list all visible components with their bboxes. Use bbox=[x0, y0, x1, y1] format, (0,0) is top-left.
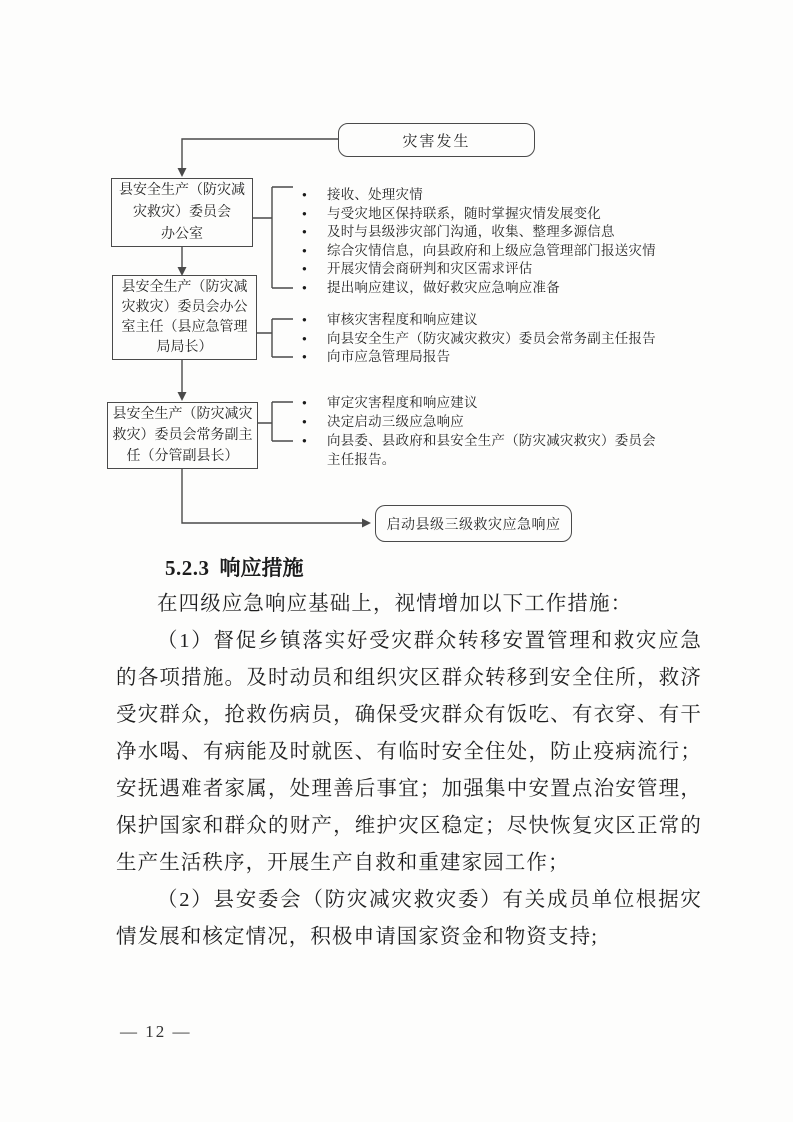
document-page: 灾害发生 县安全生产（防灾减 灾救灾）委员会 办公室 县安全生产（防灾减 灾救灾… bbox=[0, 0, 793, 1122]
list-item: ●及时与县级涉灾部门沟通，收集、整理多源信息 bbox=[296, 223, 688, 242]
bracket-group-1 bbox=[253, 187, 293, 288]
page-number: — 12 — bbox=[120, 1022, 192, 1042]
connector-deputy-to-end bbox=[182, 467, 362, 523]
bullet-dot-icon: ● bbox=[302, 330, 327, 349]
bullet-dot-icon: ● bbox=[302, 242, 327, 261]
bullet-text: 开展灾情会商研判和灾区需求评估 bbox=[327, 260, 688, 279]
bullet-text: 审核灾害程度和响应建议 bbox=[327, 311, 688, 330]
bullet-group-office-duties: ●接收、处理灾情 ●与受灾地区保持联系，随时掌握灾情发展变化 ●及时与县级涉灾部… bbox=[296, 186, 688, 297]
bullet-dot-icon: ● bbox=[302, 205, 327, 224]
response-flowchart: 灾害发生 县安全生产（防灾减 灾救灾）委员会 办公室 县安全生产（防灾减 灾救灾… bbox=[0, 0, 793, 560]
bullet-group-deputy-duties: ●审定灾害程度和响应建议 ●决定启动三级应急响应 ●向县委、县政府和县安全生产（… bbox=[296, 393, 668, 469]
section-title: 响应措施 bbox=[220, 556, 304, 580]
bullet-dot-icon: ● bbox=[302, 223, 327, 242]
bullet-group-director-duties: ●审核灾害程度和响应建议 ●向县安全生产（防灾减灾救灾）委员会常务副主任报告 ●… bbox=[296, 311, 688, 367]
list-item: ●综合灾情信息，向县政府和上级应急管理部门报送灾情 bbox=[296, 242, 688, 261]
bullet-dot-icon: ● bbox=[302, 412, 327, 431]
bullet-text: 向县安全生产（防灾减灾救灾）委员会常务副主任报告 bbox=[327, 330, 688, 349]
bullet-dot-icon: ● bbox=[302, 348, 327, 367]
bullet-dot-icon: ● bbox=[302, 279, 327, 298]
bullet-text: 向县委、县政府和县安全生产（防灾减灾救灾）委员会主任报告。 bbox=[327, 431, 668, 469]
flow-box-label: 县安全生产（防灾减 灾救灾）委员会办公 室主任（县应急管理 局局长） bbox=[122, 278, 248, 358]
list-item: ●接收、处理灾情 bbox=[296, 186, 688, 205]
bracket-group-2 bbox=[255, 319, 293, 357]
flow-end-box: 启动县级三级救灾应急响应 bbox=[375, 505, 572, 542]
bullet-text: 综合灾情信息，向县政府和上级应急管理部门报送灾情 bbox=[327, 242, 688, 261]
flow-end-label: 启动县级三级救灾应急响应 bbox=[387, 514, 561, 534]
arrow-down-icon bbox=[178, 392, 187, 401]
bullet-dot-icon: ● bbox=[302, 260, 327, 279]
flow-box-label: 县安全生产（防灾减 灾救灾）委员会 办公室 bbox=[119, 180, 245, 246]
list-item: ●提出响应建议，做好救灾应急响应准备 bbox=[296, 279, 688, 298]
flow-box-office-director: 县安全生产（防灾减 灾救灾）委员会办公 室主任（县应急管理 局局长） bbox=[112, 275, 257, 360]
list-item: ●审定灾害程度和响应建议 bbox=[296, 393, 668, 412]
paragraph: （2）县安委会（防灾减灾救灾委）有关成员单位根据灾情发展和核定情况，积极申请国家… bbox=[116, 882, 702, 956]
arrow-down-icon bbox=[178, 168, 187, 177]
bullet-text: 向市应急管理局报告 bbox=[327, 348, 688, 367]
bullet-text: 提出响应建议，做好救灾应急响应准备 bbox=[327, 279, 688, 298]
bullet-text: 及时与县级涉灾部门沟通，收集、整理多源信息 bbox=[327, 223, 688, 242]
bullet-dot-icon: ● bbox=[302, 186, 327, 205]
bullet-text: 接收、处理灾情 bbox=[327, 186, 688, 205]
arrow-right-icon bbox=[362, 519, 371, 528]
list-item: ●向县委、县政府和县安全生产（防灾减灾救灾）委员会主任报告。 bbox=[296, 431, 668, 469]
list-item: ●向市应急管理局报告 bbox=[296, 348, 688, 367]
bullet-dot-icon: ● bbox=[302, 393, 327, 412]
section-body: 5.2.3响应措施 在四级应急响应基础上，视情增加以下工作措施： （1）督促乡镇… bbox=[116, 552, 702, 956]
paragraph: （1）督促乡镇落实好受灾群众转移安置管理和救灾应急的各项措施。及时动员和组织灾区… bbox=[116, 623, 702, 882]
flow-start-label: 灾害发生 bbox=[402, 130, 470, 151]
bullet-text: 与受灾地区保持联系，随时掌握灾情发展变化 bbox=[327, 205, 688, 224]
connector-start-to-office bbox=[182, 139, 338, 170]
bracket-group-3 bbox=[256, 402, 293, 441]
flow-box-label: 县安全生产（防灾减灾 救灾）委员会常务副主 任（分管副县长） bbox=[113, 404, 253, 467]
list-item: ●决定启动三级应急响应 bbox=[296, 412, 668, 431]
section-heading: 5.2.3响应措施 bbox=[165, 552, 702, 584]
list-item: ●开展灾情会商研判和灾区需求评估 bbox=[296, 260, 688, 279]
bullet-dot-icon: ● bbox=[302, 311, 327, 330]
flow-box-deputy-director: 县安全生产（防灾减灾 救灾）委员会常务副主 任（分管副县长） bbox=[107, 402, 258, 469]
bullet-dot-icon: ● bbox=[302, 431, 327, 469]
list-item: ●审核灾害程度和响应建议 bbox=[296, 311, 688, 330]
bullet-text: 审定灾害程度和响应建议 bbox=[327, 393, 668, 412]
flow-start-box: 灾害发生 bbox=[338, 123, 535, 157]
section-number: 5.2.3 bbox=[165, 556, 210, 580]
list-item: ●向县安全生产（防灾减灾救灾）委员会常务副主任报告 bbox=[296, 330, 688, 349]
flow-box-committee-office: 县安全生产（防灾减 灾救灾）委员会 办公室 bbox=[111, 178, 253, 247]
paragraph: 在四级应急响应基础上，视情增加以下工作措施： bbox=[116, 586, 702, 623]
bullet-text: 决定启动三级应急响应 bbox=[327, 412, 668, 431]
list-item: ●与受灾地区保持联系，随时掌握灾情发展变化 bbox=[296, 205, 688, 224]
